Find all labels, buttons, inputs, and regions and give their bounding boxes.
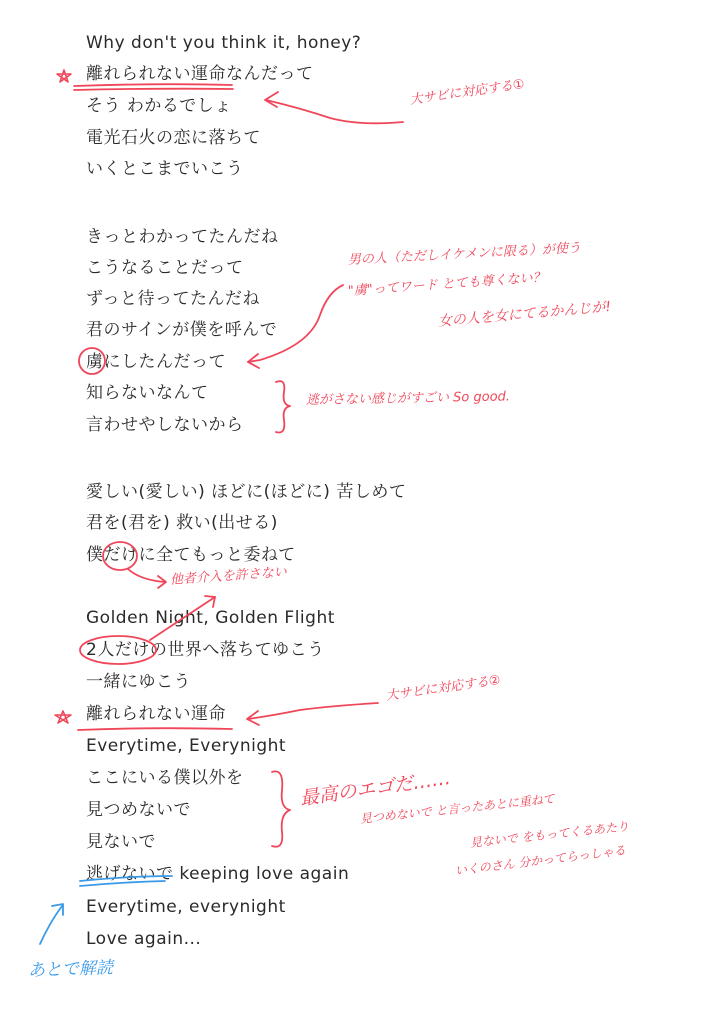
handwritten-note: "虜"ってワード とても尊くない？ bbox=[347, 269, 546, 301]
lyric-line: きっとわかってたんだね bbox=[86, 226, 279, 248]
handwritten-note: あとで解読 bbox=[28, 959, 114, 980]
arrow-icon bbox=[248, 703, 378, 719]
lyric-line: 見つめないで bbox=[86, 799, 191, 821]
lyric-line: 言わせやしないから bbox=[86, 414, 244, 436]
lyric-line: ここにいる僕以外を bbox=[86, 767, 244, 789]
handwritten-note: 大サビに対応する① bbox=[409, 76, 526, 110]
lyric-line: ずっと待ってたんだね bbox=[86, 288, 260, 310]
lyric-line: Golden Night, Golden Flight bbox=[86, 607, 335, 629]
lyric-line: 君のサインが僕を呼んで bbox=[86, 319, 277, 341]
lyric-line: 見ないで bbox=[86, 831, 156, 853]
lyric-line: 君を(君を) 救い(出せる) bbox=[86, 512, 278, 534]
star-icon bbox=[57, 70, 71, 82]
lyric-line: Love again... bbox=[86, 928, 201, 950]
lyric-line: 愛しい(愛しい) ほどに(ほどに) 苦しめて bbox=[86, 481, 406, 503]
underline bbox=[74, 89, 233, 90]
handwritten-note: 逃がさない感じがすごい So good. bbox=[306, 388, 510, 410]
arrow-icon bbox=[128, 569, 165, 582]
lyric-line: 虜にしたんだって bbox=[86, 351, 226, 373]
brace-mark bbox=[272, 771, 290, 846]
arrow-icon bbox=[40, 906, 62, 944]
arrow-icon bbox=[266, 100, 403, 123]
star-icon bbox=[55, 711, 71, 723]
handwritten-note: 大サビに対応する② bbox=[385, 672, 502, 706]
lyric-line: 知らないなんて bbox=[86, 382, 209, 404]
lyric-line: 離れられない運命なんだって bbox=[86, 63, 314, 85]
lyric-line: Everytime, everynight bbox=[86, 896, 286, 918]
handwritten-note: 男の人（ただしイケメンに限る）が使う bbox=[348, 240, 582, 270]
lyric-line: そう わかるでしょ bbox=[86, 95, 232, 117]
lyric-line: Why don't you think it, honey? bbox=[86, 32, 361, 54]
lyric-line: Everytime, Everynight bbox=[86, 735, 286, 757]
handwritten-note: 女の人を女にてるかんじが! bbox=[437, 298, 612, 331]
lyric-line: 2人だけの世界へ落ちてゆこう bbox=[86, 639, 325, 661]
underline bbox=[78, 728, 232, 730]
lyric-line: 逃げないで keeping love again bbox=[86, 863, 349, 885]
brace-mark bbox=[276, 381, 290, 432]
lyric-line: 僕だけに全てもっと委ねて bbox=[86, 544, 296, 566]
lyric-line: 電光石火の恋に落ちて bbox=[86, 127, 261, 149]
lyric-line: 一緒にゆこう bbox=[86, 671, 191, 693]
lyric-line: 離れられない運命 bbox=[86, 703, 226, 725]
lyric-line: いくとこまでいこう bbox=[86, 158, 244, 180]
handwritten-note: 他者介入を許さない bbox=[169, 564, 287, 590]
lyric-line: こうなることだって bbox=[86, 257, 244, 279]
